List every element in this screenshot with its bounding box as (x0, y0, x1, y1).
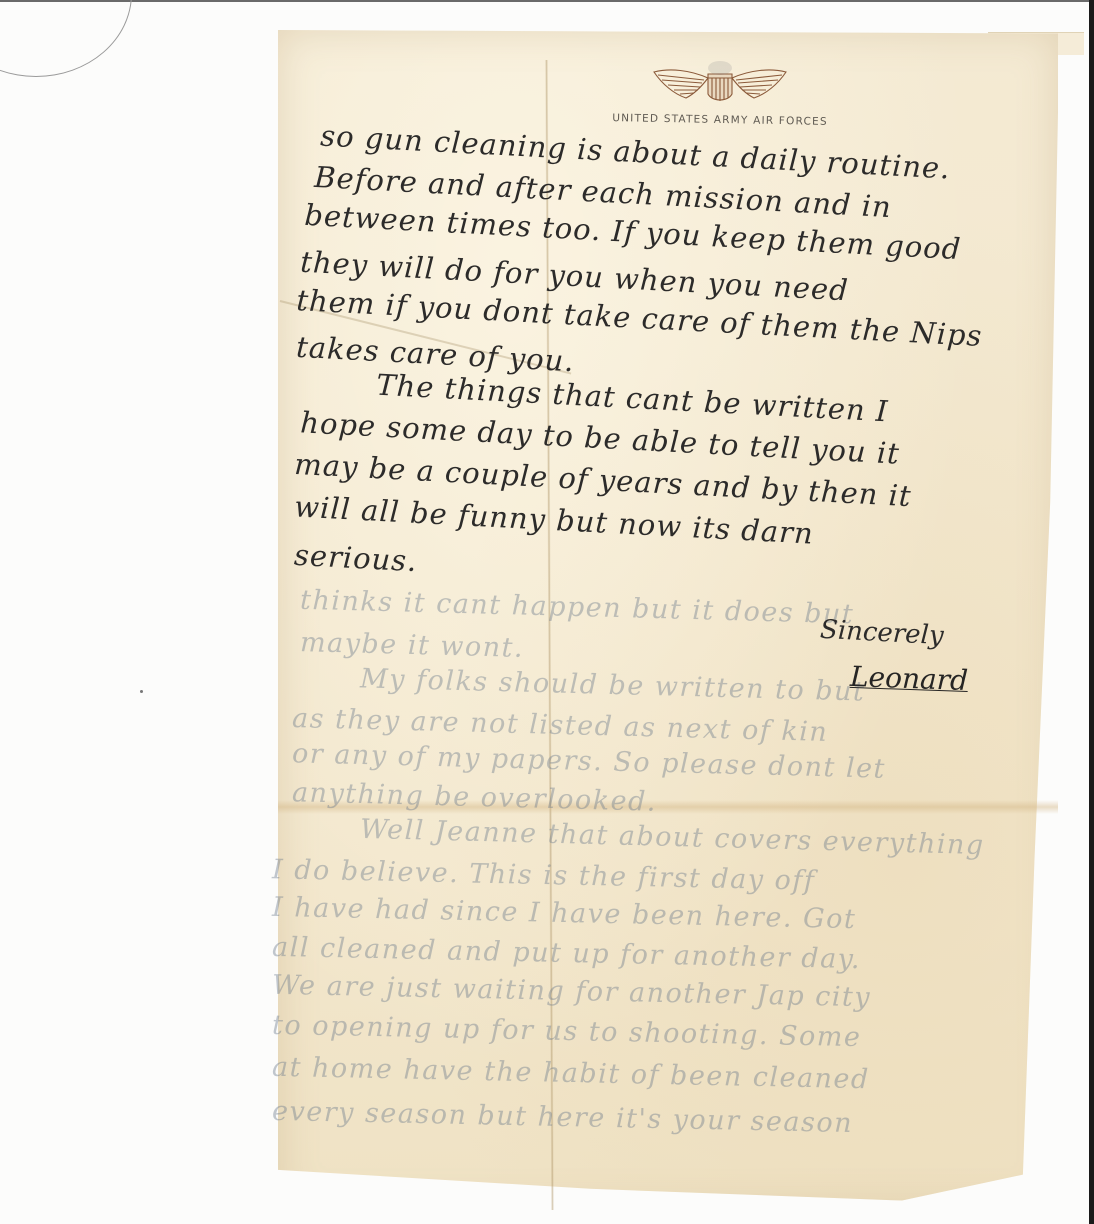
signature: Leonard (849, 660, 968, 697)
scanner-right-edge (1089, 0, 1094, 1224)
scan-dust-speck (140, 690, 143, 693)
letterhead: UNITED STATES ARMY AIR FORCES (560, 60, 880, 126)
valediction: Sincerely (819, 615, 944, 651)
pilot-wings-icon (650, 60, 790, 110)
bleed-through-line: maybe it wont. (300, 629, 525, 662)
letter-line: serious. (293, 541, 418, 576)
scanner-top-edge (0, 0, 1094, 2)
